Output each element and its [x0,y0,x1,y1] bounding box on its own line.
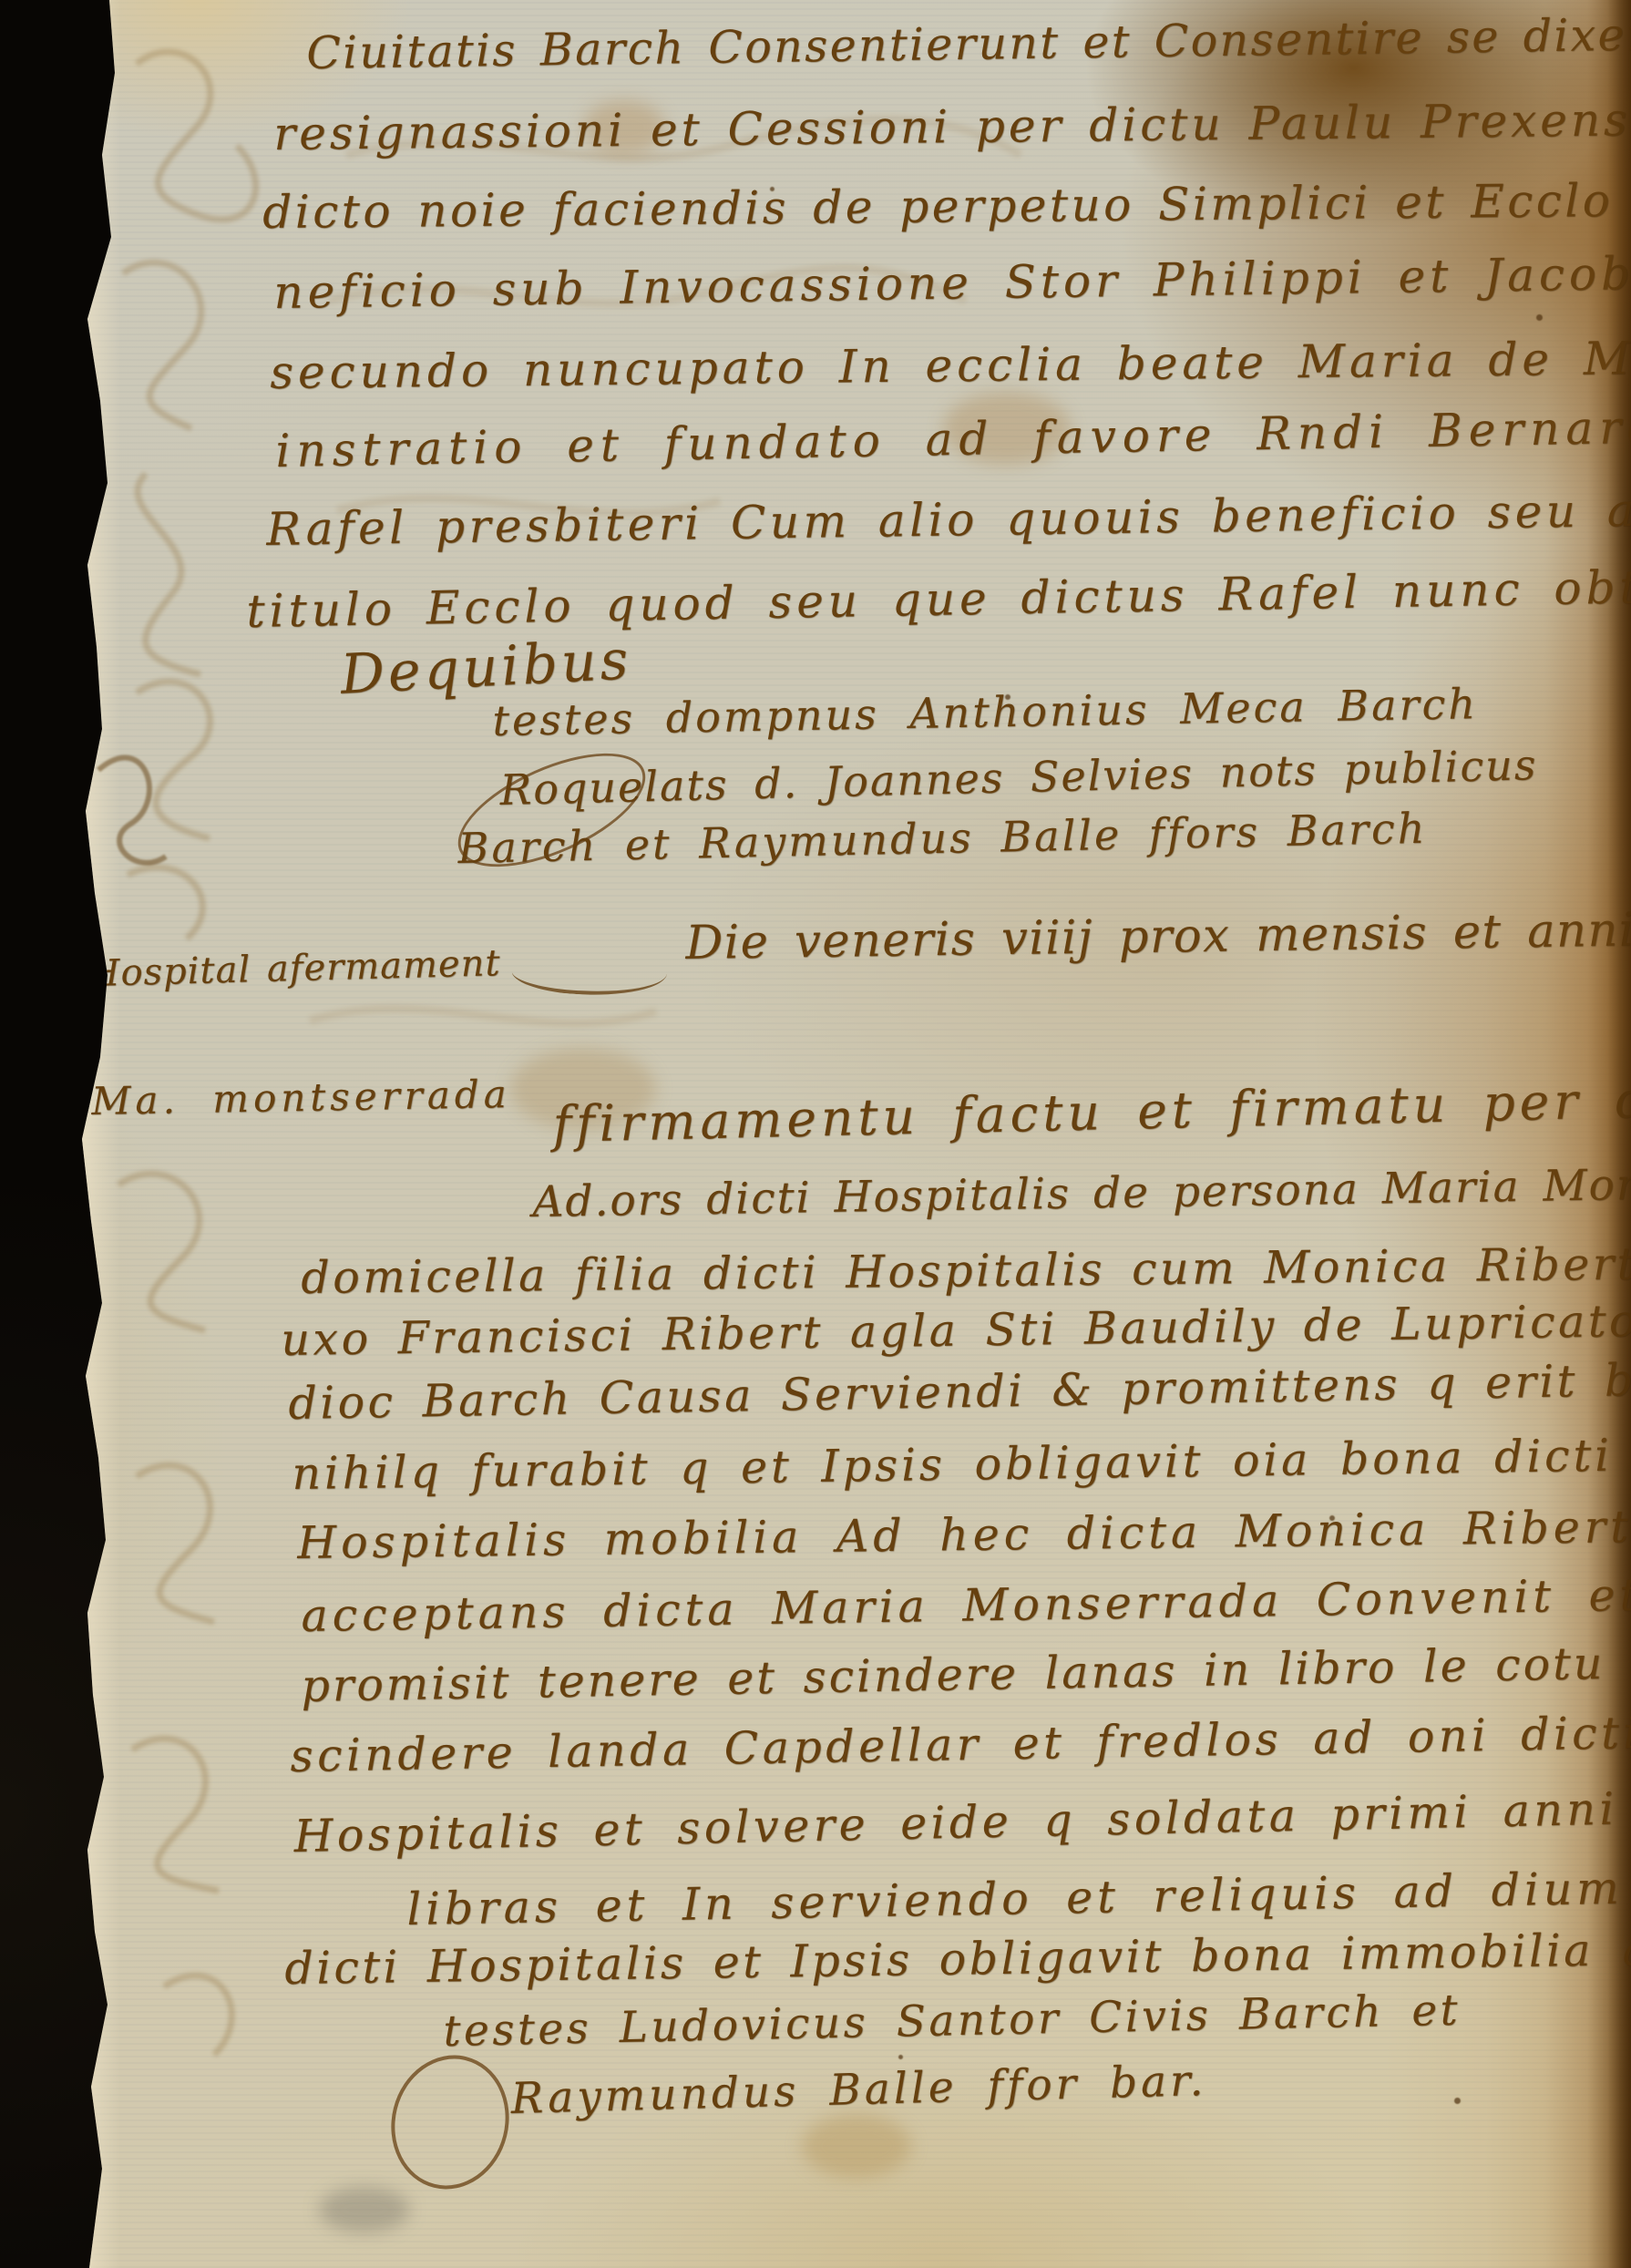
manuscript-line: ffirmamentu factu et firmatu per duos [552,1068,1631,1154]
manuscript-line: secundo nuncupato In ecclia beate Maria … [270,331,1631,399]
witness-line: Roquelats d. Joannes Selvies nots public… [499,740,1538,815]
foxing-stain [802,2114,911,2178]
manuscript-line: Ciuitatis Barch Consentierunt et Consent… [306,7,1631,79]
manuscript-line: dicto noie faciendis de perpetuo Simplic… [262,173,1631,239]
ink-speck [898,2055,903,2059]
manuscript-line: neficio sub Invocassione Stor Philippi e… [273,247,1631,319]
manuscript-line: Rafel presbiteri Cum alio quouis benefic… [266,483,1631,556]
manuscript-line: Hospitalis et solvere eide q soldata pri… [293,1783,1618,1863]
scan-background: Ciuitatis Barch Consentierunt et Consent… [0,0,1631,2268]
margin-note-flourish [510,944,668,1001]
margin-note-hospital-afermament: Hospital afermament [87,942,501,995]
witness-line: Raymundus Balle ffor bar. [510,2056,1207,2124]
witness-line: testes dompnus Anthonius Meca Barch [492,679,1478,745]
manuscript-line: scindere landa Capdellar et fredlos ad o… [290,1707,1631,1782]
manuscript-line: uxo Francisci Ribert agla Sti Baudily de… [281,1295,1631,1366]
manuscript-line: domicella filia dicti Hospitalis cum Mon… [301,1238,1631,1304]
manuscript-line: dicti Hospitalis et Ipsis obligavit bona… [284,1924,1631,1995]
margin-note-montserrada: Ma. montserrada [91,1072,511,1124]
witness-line: testes Ludovicus Santor Civis Barch et [443,1986,1462,2057]
manuscript-line: titulo Ecclo quod seu que dictus Rafel n… [246,559,1631,638]
manuscript-line: resignassioni et Cessioni per dictu Paul… [273,93,1631,160]
notary-flourish [377,2043,523,2202]
ink-speck [1536,314,1543,321]
manuscript-line: promisit tenere et scindere lanas in lib… [301,1637,1631,1712]
manuscript-page: Ciuitatis Barch Consentierunt et Consent… [0,0,1631,2268]
manuscript-line: nihilq furabit q et Ipsis obligavit oia … [292,1430,1613,1500]
manuscript-line: Ad.ors dicti Hospitalis de persona Maria… [532,1157,1631,1227]
ink-speck [1454,2098,1461,2104]
manuscript-line: dioc Barch Causa Serviendi & promittens … [288,1352,1631,1430]
foxing-stain [319,2187,410,2232]
date-line: Die veneris viiij prox mensis et anni [685,903,1631,970]
manuscript-line: libras et In serviendo et reliquis ad di… [406,1863,1624,1935]
manuscript-line: Hospitalis mobilia Ad hec dicta Monica R… [297,1501,1631,1569]
manuscript-line: acceptans dicta Maria Monserrada Conveni… [301,1569,1631,1642]
